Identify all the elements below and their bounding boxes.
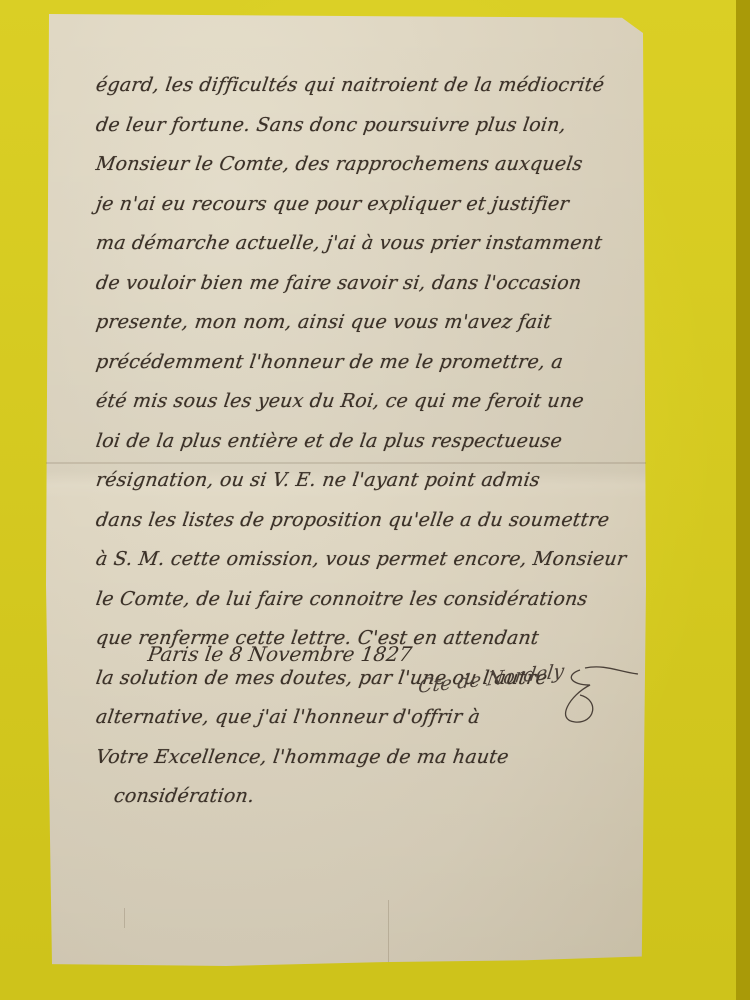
letter-dateline: Paris le 8 Novembre 1827: [146, 642, 413, 666]
letter-line: dans les listes de proposition qu'elle a…: [93, 501, 659, 541]
signature-flourish: [560, 660, 640, 730]
background-edge-strip: [736, 0, 750, 1000]
letter-line: Votre Excellence, l'hommage de ma haute: [93, 738, 659, 778]
letter-line: considération.: [93, 777, 659, 817]
letter-line: ma démarche actuelle, j'ai à vous prier …: [93, 224, 659, 264]
letter-line: je n'ai eu recours que pour expliquer et…: [93, 185, 659, 225]
letter-line: résignation, ou si V. E. ne l'ayant poin…: [93, 461, 659, 501]
letter-line: précédemment l'honneur de me le promettr…: [93, 343, 659, 383]
letter-line: égard, les difficultés qui naitroient de…: [93, 66, 659, 106]
letter-line: Monsieur le Comte, des rapprochemens aux…: [93, 145, 659, 185]
paper-crease: [388, 900, 389, 962]
letter-line: le Comte, de lui faire connoitre les con…: [93, 580, 659, 620]
letter-line: été mis sous les yeux du Roi, ce qui me …: [93, 382, 659, 422]
letter-line: presente, mon nom, ainsi que vous m'avez…: [93, 303, 659, 343]
letter-line: de leur fortune. Sans donc poursuivre pl…: [93, 106, 659, 146]
letter-line: de vouloir bien me faire savoir si, dans…: [93, 264, 659, 304]
paper-crease: [124, 908, 125, 928]
letter-line: loi de la plus entière et de la plus res…: [93, 422, 659, 462]
letter-line: à S. M. cette omission, vous permet enco…: [93, 540, 659, 580]
